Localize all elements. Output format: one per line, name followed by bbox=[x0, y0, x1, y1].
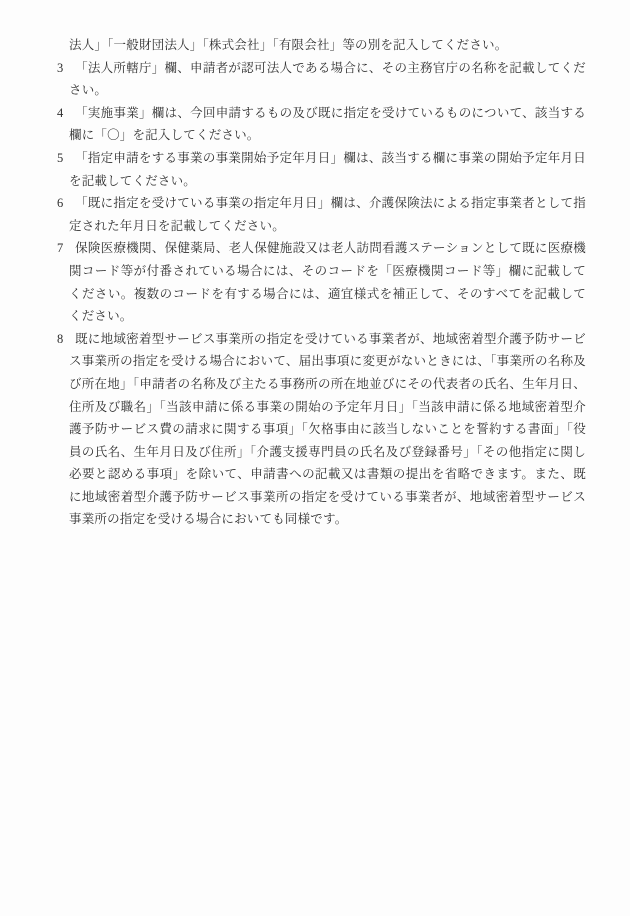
item-number: 8 bbox=[57, 328, 75, 351]
item-number: 3 bbox=[57, 57, 75, 80]
item-number: 6 bbox=[57, 192, 75, 215]
numbered-item-8: 8既に地域密着型サービス事業所の指定を受けている事業者が、地域密着型介護予防サー… bbox=[69, 328, 586, 531]
numbered-item-4: 4「実施事業」欄は、今回申請するもの及び既に指定を受けているものについて、該当す… bbox=[69, 102, 586, 147]
document-page: 法人」「一般財団法人」「株式会社」「有限会社」等の別を記入してください。 3「法… bbox=[0, 0, 630, 916]
numbered-item-7: 7保険医療機関、保健薬局、老人保健施設又は老人訪問看護ステーションとして既に医療… bbox=[69, 237, 586, 327]
item-text: 「指定申請をする事業の事業開始予定年月日」欄は、該当する欄に事業の開始予定年月日… bbox=[69, 151, 586, 188]
numbered-item-3: 3「法人所轄庁」欄、申請者が認可法人である場合に、その主務官庁の名称を記載してく… bbox=[69, 57, 586, 102]
item-text: 「既に指定を受けている事業の指定年月日」欄は、介護保険法による指定事業者として指… bbox=[69, 196, 586, 233]
item-number: 4 bbox=[57, 102, 75, 125]
item-text: 既に地域密着型サービス事業所の指定を受けている事業者が、地域密着型介護予防サービ… bbox=[69, 332, 586, 527]
item-number: 5 bbox=[57, 147, 75, 170]
item-text: 「法人所轄庁」欄、申請者が認可法人である場合に、その主務官庁の名称を記載してくだ… bbox=[69, 61, 586, 98]
numbered-item-6: 6「既に指定を受けている事業の指定年月日」欄は、介護保険法による指定事業者として… bbox=[69, 192, 586, 237]
item-text: 「実施事業」欄は、今回申請するもの及び既に指定を受けているものについて、該当する… bbox=[69, 106, 586, 143]
paragraph-continuation: 法人」「一般財団法人」「株式会社」「有限会社」等の別を記入してください。 bbox=[69, 34, 586, 57]
item-text: 保険医療機関、保健薬局、老人保健施設又は老人訪問看護ステーションとして既に医療機… bbox=[69, 241, 586, 323]
numbered-item-5: 5「指定申請をする事業の事業開始予定年月日」欄は、該当する欄に事業の開始予定年月… bbox=[69, 147, 586, 192]
item-number: 7 bbox=[57, 237, 75, 260]
